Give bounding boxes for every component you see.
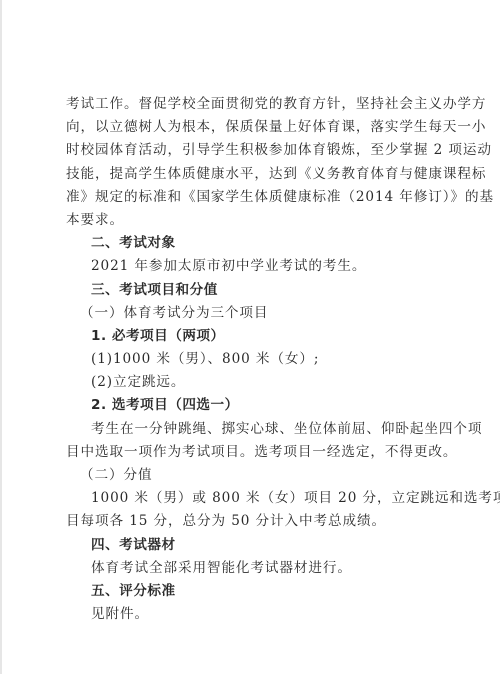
subsection-heading-scores: （二）分值 (66, 464, 436, 487)
subsection-heading-three-items: （一）体育考试分为三个项目 (66, 302, 436, 325)
paragraph-line: 考试工作。督促学校全面贯彻党的教育方针，坚持社会主义办学方 (66, 93, 436, 116)
paragraph-line: 1000 米（男）或 800 米（女）项目 20 分，立定跳远和选考项 (66, 487, 436, 510)
page-left-edge (0, 0, 2, 674)
paragraph-line: 2021 年参加太原市初中学业考试的考生。 (66, 255, 436, 278)
required-items-heading: 1. 必考项目（两项） (66, 325, 436, 348)
section-heading-scoring: 五、评分标准 (66, 580, 436, 603)
paragraph-line: 考生在一分钟跳绳、掷实心球、坐位体前屈、仰卧起坐四个项 (66, 418, 436, 441)
section-heading-exam-items: 三、考试项目和分值 (66, 279, 436, 302)
paragraph-line: 向，以立德树人为根本，保质保量上好体育课，落实学生每天一小 (66, 116, 436, 139)
required-item: (2)立定跳远。 (66, 371, 436, 394)
document-page: 考试工作。督促学校全面贯彻党的教育方针，坚持社会主义办学方 向，以立德树人为根本… (66, 93, 436, 626)
section-heading-exam-candidates: 二、考试对象 (66, 232, 436, 255)
required-item: (1)1000 米（男）、800 米（女）; (66, 348, 436, 371)
elective-items-heading: 2. 选考项目（四选一） (66, 394, 436, 417)
paragraph-line: 技能，提高学生体质健康水平，达到《义务教育体育与健康课程标 (66, 163, 436, 186)
paragraph-line: 本要求。 (66, 209, 436, 232)
paragraph-line: 目中选取一项作为考试项目。选考项目一经选定，不得更改。 (66, 441, 436, 464)
paragraph-line: 时校园体育活动，引导学生积极参加体育锻炼，至少掌握 2 项运动 (66, 139, 436, 162)
paragraph-line: 目每项各 15 分，总分为 50 分计入中考总成绩。 (66, 510, 436, 533)
paragraph-line: 见附件。 (66, 603, 436, 626)
section-heading-equipment: 四、考试器材 (66, 534, 436, 557)
paragraph-line: 体育考试全部采用智能化考试器材进行。 (66, 557, 436, 580)
paragraph-line: 准》规定的标准和《国家学生体质健康标准（2014 年修订）》的基 (66, 186, 436, 209)
